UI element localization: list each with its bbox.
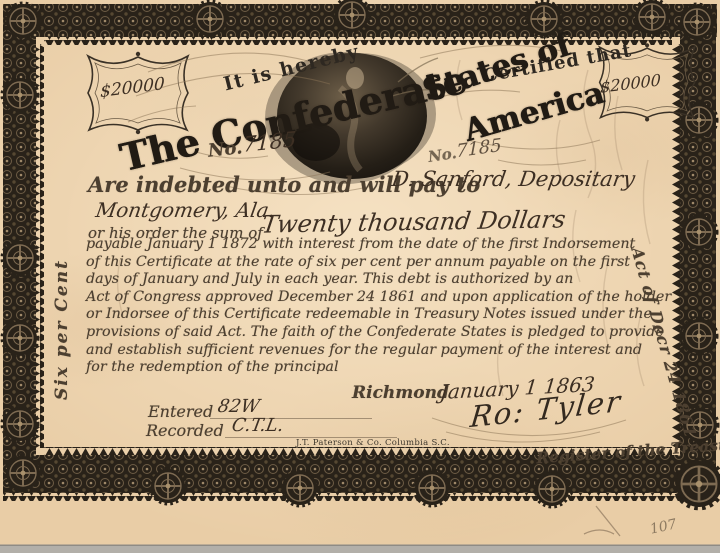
sum-written: Twenty thousand Dollars bbox=[260, 205, 567, 238]
left-margin-six-per-cent: Six per Cent bbox=[52, 259, 72, 400]
payee-written: D. Sanford, Depositary bbox=[390, 167, 637, 191]
recorded-label: Recorded bbox=[146, 421, 224, 440]
certificate-document: $20000 $20000 It is hereby Certified tha… bbox=[0, 0, 720, 553]
printer-imprint: J.T. Paterson & Co. Columbia S.C. bbox=[296, 438, 450, 448]
terms-line: payable January 1 1872 with interest fro… bbox=[86, 236, 672, 254]
pencil-marks bbox=[584, 506, 620, 536]
recorded-initials-written: C.T.L. bbox=[230, 415, 285, 436]
scan-edge-strip bbox=[0, 545, 720, 553]
terms-line: or Indorsee of this Certificate redeemab… bbox=[86, 306, 672, 324]
entered-label: Entered bbox=[148, 402, 213, 421]
terms-line: of this Certificate at the rate of six p… bbox=[86, 254, 672, 272]
terms-line: and establish sufficient revenues for th… bbox=[86, 342, 672, 360]
terms-line: days of January and July in each year. T… bbox=[86, 271, 672, 289]
serial-number-left-label: No. bbox=[207, 137, 243, 161]
payee-place-written: Montgomery, Ala. bbox=[94, 198, 277, 222]
terms-paragraph: payable January 1 1872 with interest fro… bbox=[86, 236, 672, 377]
terms-line: provisions of said Act. The faith of the… bbox=[86, 324, 672, 342]
place-richmond: Richmond bbox=[352, 383, 449, 403]
entered-initials-written: 82W bbox=[216, 396, 261, 417]
terms-line: Act of Congress approved December 24 186… bbox=[86, 289, 672, 307]
